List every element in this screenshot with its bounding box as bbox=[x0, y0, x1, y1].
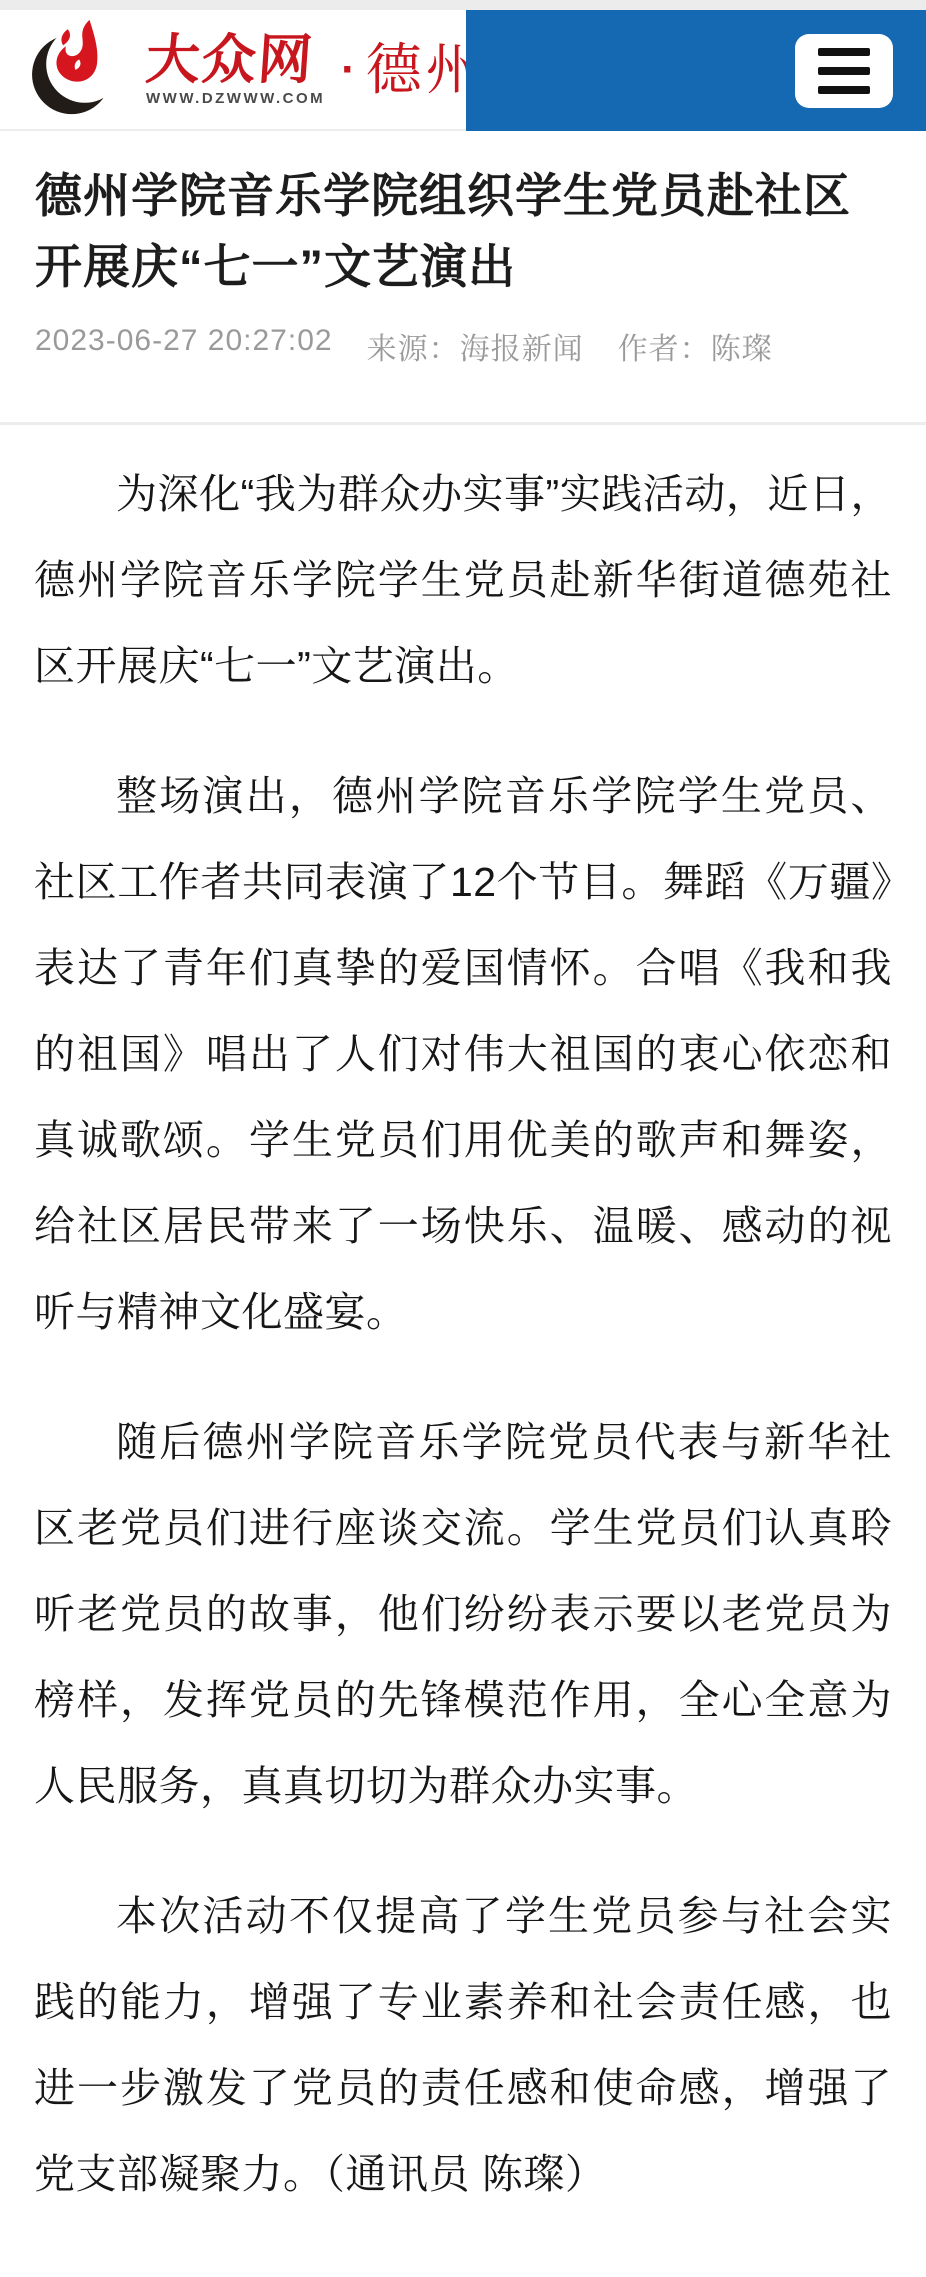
site-header: 大众网 WWW.DZWWW.COM · 德州 bbox=[0, 10, 926, 131]
article-author: 作者：陈璨 bbox=[618, 324, 773, 368]
page: 大众网 WWW.DZWWW.COM · 德州 德州学院音乐学院组织学生党员赴社区… bbox=[0, 0, 926, 2277]
article-meta: 2023-06-27 20:27:02 来源：海报新闻 作者：陈璨 bbox=[35, 324, 891, 368]
header-nav-bar bbox=[466, 10, 926, 131]
flame-icon bbox=[26, 18, 138, 121]
menu-button[interactable] bbox=[795, 34, 893, 108]
brand-url: WWW.DZWWW.COM bbox=[146, 90, 325, 107]
article-source: 来源：海报新闻 bbox=[367, 324, 584, 368]
brand-separator-dot: · bbox=[341, 48, 356, 92]
article-paragraph: 为深化“我为群众办实事”实践活动，近日，德州学院音乐学院学生党员赴新华街道德苑社… bbox=[34, 451, 892, 709]
brand-text: 大众网 WWW.DZWWW.COM bbox=[146, 32, 325, 107]
article-header: 德州学院音乐学院组织学生党员赴社区开展庆“七一”文艺演出 2023-06-27 … bbox=[0, 161, 926, 368]
article-paragraph: 随后德州学院音乐学院党员代表与新华社区老党员们进行座谈交流。学生党员们认真聆听老… bbox=[34, 1399, 892, 1829]
hamburger-icon bbox=[818, 48, 870, 56]
brand-name: 大众网 bbox=[144, 32, 327, 86]
article-title: 德州学院音乐学院组织学生党员赴社区开展庆“七一”文艺演出 bbox=[35, 161, 891, 302]
top-status-strip bbox=[0, 0, 926, 10]
article-paragraph: 本次活动不仅提高了学生党员参与社会实践的能力，增强了专业素养和社会责任感，也进一… bbox=[34, 1873, 892, 2217]
publish-datetime: 2023-06-27 20:27:02 bbox=[35, 324, 333, 368]
article-paragraph: 整场演出，德州学院音乐学院学生党员、社区工作者共同表演了12个节目。舞蹈《万疆》… bbox=[34, 753, 892, 1355]
site-logo-link[interactable]: 大众网 WWW.DZWWW.COM · 德州 bbox=[0, 10, 466, 131]
article-body: 为深化“我为群众办实事”实践活动，近日，德州学院音乐学院学生党员赴新华街道德苑社… bbox=[0, 425, 926, 2277]
